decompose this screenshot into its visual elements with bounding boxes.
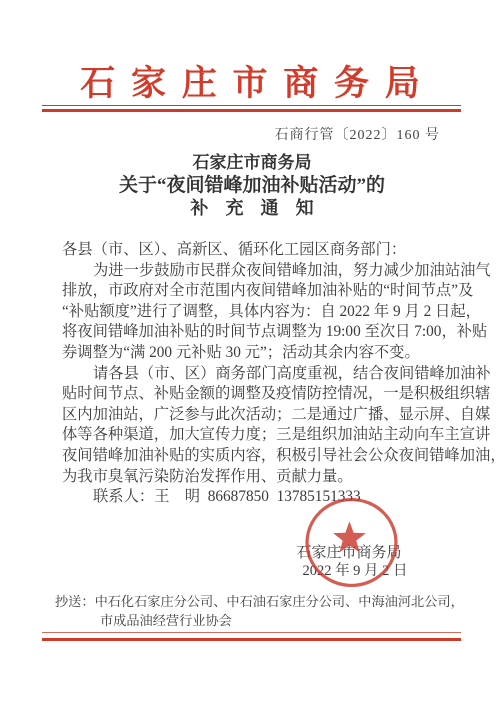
letterhead-divider-rule [42,105,461,112]
body-line: 区内加油站，广泛参与此次活动；二是通过广播、显示屏、自媒 [62,405,452,426]
title-line-2: 关于“夜间错峰加油补贴活动”的 [40,174,464,197]
title-line-1: 石家庄市商务局 [40,152,464,174]
title-line-3: 补 充 通 知 [40,197,464,220]
document-number: 石商行管〔2022〕160 号 [0,124,500,144]
body-line: 为我市臭氧污染防治发挥作用、贡献力量。 [62,467,452,488]
footer-divider-rule [42,632,461,641]
body-line: 为进一步鼓励市民群众夜间错峰加油，努力减少加油站油气 [62,261,452,282]
document-title: 石家庄市商务局 关于“夜间错峰加油补贴活动”的 补 充 通 知 [40,152,464,220]
salutation-line: 各县（市、区）、高新区、循环化工园区商务部门： [62,240,452,261]
document-body: 各县（市、区）、高新区、循环化工园区商务部门： 为进一步鼓励市民群众夜间错峰加油… [62,240,452,508]
cc-line-2: 市成品油经营行业协会 [55,612,455,631]
body-line: 夜间错峰加油补贴的实质内容，积极引导社会公众夜间错峰加油， [62,446,452,467]
cc-block: 抄送：中石化石家庄分公司、中石油石家庄分公司、中海油河北公司， 市成品油经营行业… [55,593,455,630]
cc-line-1: 抄送：中石化石家庄分公司、中石油石家庄分公司、中海油河北公司， [55,593,455,612]
seal-star-icon [333,521,366,552]
body-line: “补贴额度”进行了调整，具体内容为：自 2022 年 9 月 2 日起， [62,302,452,323]
body-line: 请各县（市、区）商务部门高度重视，结合夜间错峰加油补 [62,364,452,385]
official-seal: 石家庄市商务局 1301051804040 [303,496,400,589]
body-line: 体等各种渠道，加大宣传力度；三是组织加油站主动向车主宣讲 [62,425,452,446]
body-line: 排放，市政府对全市范围内夜间错峰加油补贴的“时间节点”及 [62,281,452,302]
body-line: 贴时间节点、补贴金额的调整及疫情防控情况，一是积极组织辖 [62,384,452,405]
body-line: 将夜间错峰加油补贴的时间节点调整为 19:00 至次日 7:00，补贴 [62,322,452,343]
cc-recipients-1: 中石化石家庄分公司、中石油石家庄分公司、中海油河北公司， [95,594,464,609]
body-line: 券调整为“满 200 元补贴 30 元”；活动其余内容不变。 [62,343,452,364]
cc-label: 抄送： [55,594,95,609]
letterhead-agency-name: 石家庄市商务局 [0,56,500,106]
official-document-page: 石家庄市商务局 石商行管〔2022〕160 号 石家庄市商务局 关于“夜间错峰加… [0,0,500,709]
